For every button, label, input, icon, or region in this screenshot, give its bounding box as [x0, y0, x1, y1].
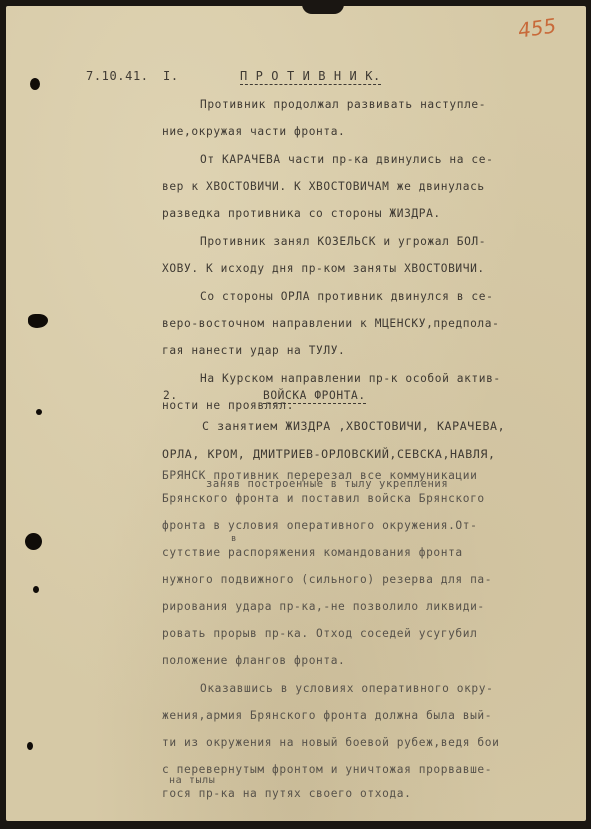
- binding-tab: [302, 4, 344, 14]
- text-line: ХОВУ. К исходу дня пр-ком заняты ХВОСТОВ…: [162, 262, 485, 275]
- text-line: Оказавшись в условиях оперативного окру-: [200, 682, 493, 695]
- text-line: жения,армия Брянского фронта должна была…: [162, 709, 492, 722]
- text-line: Брянского фронта и поставил войска Брянс…: [162, 492, 485, 505]
- text-line: гая нанести удар на ТУЛУ.: [162, 344, 345, 357]
- text-line: Противник занял КОЗЕЛЬСК и угрожал БОЛ-: [200, 235, 486, 248]
- text-line: ние,окружая части фронта.: [162, 125, 345, 138]
- text-line: вер к ХВОСТОВИЧИ. К ХВОСТОВИЧАМ же двину…: [162, 180, 485, 193]
- interlinear-insertion: заняв построенные в тылу укрепления: [206, 478, 448, 490]
- binder-hole: [28, 314, 48, 328]
- binder-hole: [30, 78, 40, 90]
- document-page: 455 7.10.41. I. П Р О Т И В Н И К. Проти…: [6, 6, 586, 821]
- interlinear-insertion: на тылы: [169, 775, 215, 786]
- text-line: С занятием ЖИЗДРА ,ХВОСТОВИЧИ, КАРАЧЕВА,: [202, 419, 505, 433]
- text-line: положение флангов фронта.: [162, 654, 345, 667]
- text-line: На Курском направлении пр-к особой актив…: [200, 372, 501, 385]
- text-line: ОРЛА, КРОМ, ДМИТРИЕВ-ОРЛОВСКИЙ,СЕВСКА,НА…: [162, 447, 496, 461]
- text-line: От КАРАЧЕВА части пр-ка двинулись на се-: [200, 153, 493, 166]
- text-line: ти из окружения на новый боевой рубеж,ве…: [162, 736, 499, 749]
- section2-number: 2.: [163, 389, 178, 402]
- text-line: рирования удара пр-ка,-не позволило ликв…: [162, 600, 485, 613]
- text-line: нужного подвижного (сильного) резерва дл…: [162, 573, 492, 586]
- section2-title: ВОЙСКА ФРОНТА.: [263, 389, 366, 404]
- binder-hole: [25, 533, 42, 550]
- text-line: Со стороны ОРЛА противник двинулся в се-: [200, 290, 493, 303]
- section1-title: П Р О Т И В Н И К.: [240, 69, 381, 85]
- binder-hole: [27, 742, 33, 750]
- binder-hole: [36, 409, 42, 415]
- text-line: сутствие распоряжения командования фронт…: [162, 546, 463, 559]
- archive-page-number: 455: [517, 13, 558, 42]
- document-date: 7.10.41.: [86, 69, 149, 83]
- text-line: Противник продолжал развивать наступле-: [200, 98, 486, 111]
- text-line: веро-восточном направлении к МЦЕНСКУ,пре…: [162, 317, 499, 330]
- text-line: разведка противника со стороны ЖИЗДРА.: [162, 207, 441, 220]
- section1-number: I.: [163, 69, 179, 83]
- superscript-insertion: в: [231, 534, 237, 544]
- text-line: ровать прорыв пр-ка. Отход соседей усугу…: [162, 627, 477, 640]
- binder-hole: [33, 586, 39, 593]
- text-line: гося пр-ка на путях своего отхода.: [162, 787, 411, 800]
- text-line: фронта в условия оперативного окружения.…: [162, 519, 477, 532]
